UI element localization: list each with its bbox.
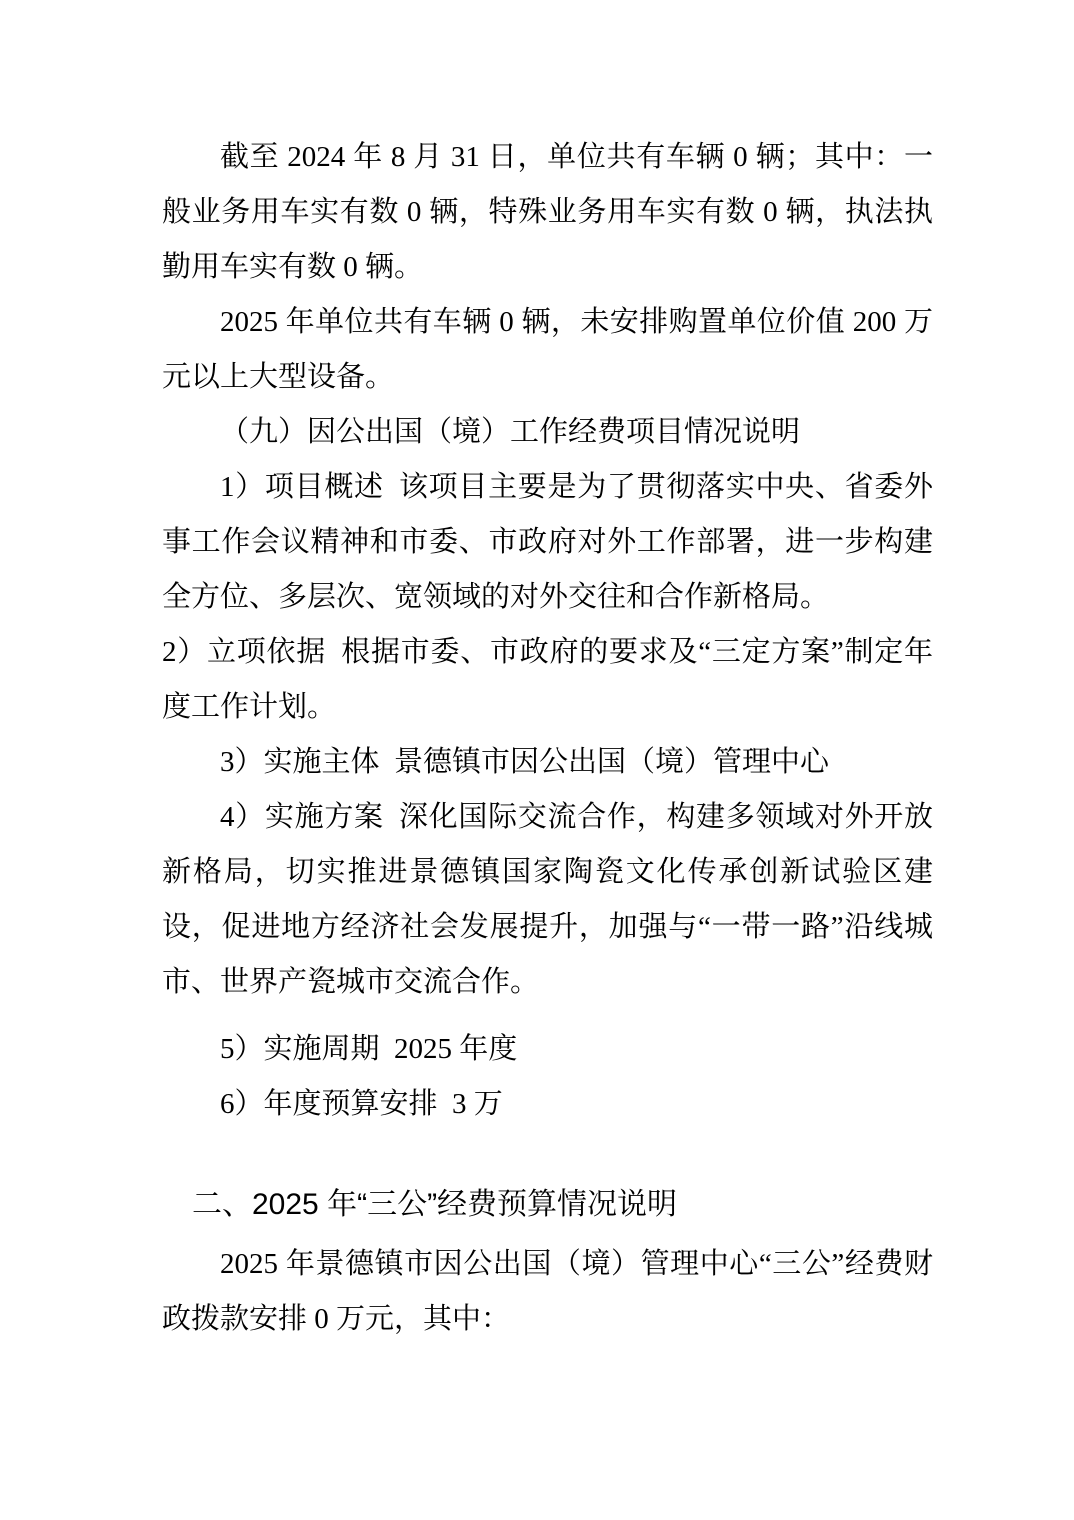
para-fleet-2025: 2025 年单位共有车辆 0 辆，未安排购置单位价值 200 万元以上大型设备。 bbox=[162, 295, 933, 405]
item-1-overview: 1）项目概述 该项目主要是为了贯彻落实中央、省委外事工作会议精神和市委、市政府对… bbox=[162, 460, 933, 625]
item-6-budget: 6）年度预算安排 3 万 bbox=[162, 1077, 933, 1132]
item-5-period: 5）实施周期 2025 年度 bbox=[162, 1022, 933, 1077]
item-2-basis: 2）立项依据 根据市委、市政府的要求及“三定方案”制定年度工作计划。 bbox=[162, 625, 933, 735]
para-fleet-2024: 截至 2024 年 8 月 31 日，单位共有车辆 0 辆；其中：一般业务用车实… bbox=[162, 130, 933, 295]
para-sangong-intro: 2025 年景德镇市因公出国（境）管理中心“三公”经费财政拨款安排 0 万元，其… bbox=[162, 1237, 933, 1347]
item-3-implementer: 3）实施主体 景德镇市因公出国（境）管理中心 bbox=[162, 735, 933, 790]
item-4-plan: 4）实施方案 深化国际交流合作，构建多领域对外开放新格局，切实推进景德镇国家陶瓷… bbox=[162, 790, 933, 1010]
heading-section-2: 二、2025 年“三公”经费预算情况说明 bbox=[162, 1177, 933, 1232]
document-page: 截至 2024 年 8 月 31 日，单位共有车辆 0 辆；其中：一般业务用车实… bbox=[0, 0, 1074, 1520]
heading-item-9: （九）因公出国（境）工作经费项目情况说明 bbox=[162, 405, 933, 460]
